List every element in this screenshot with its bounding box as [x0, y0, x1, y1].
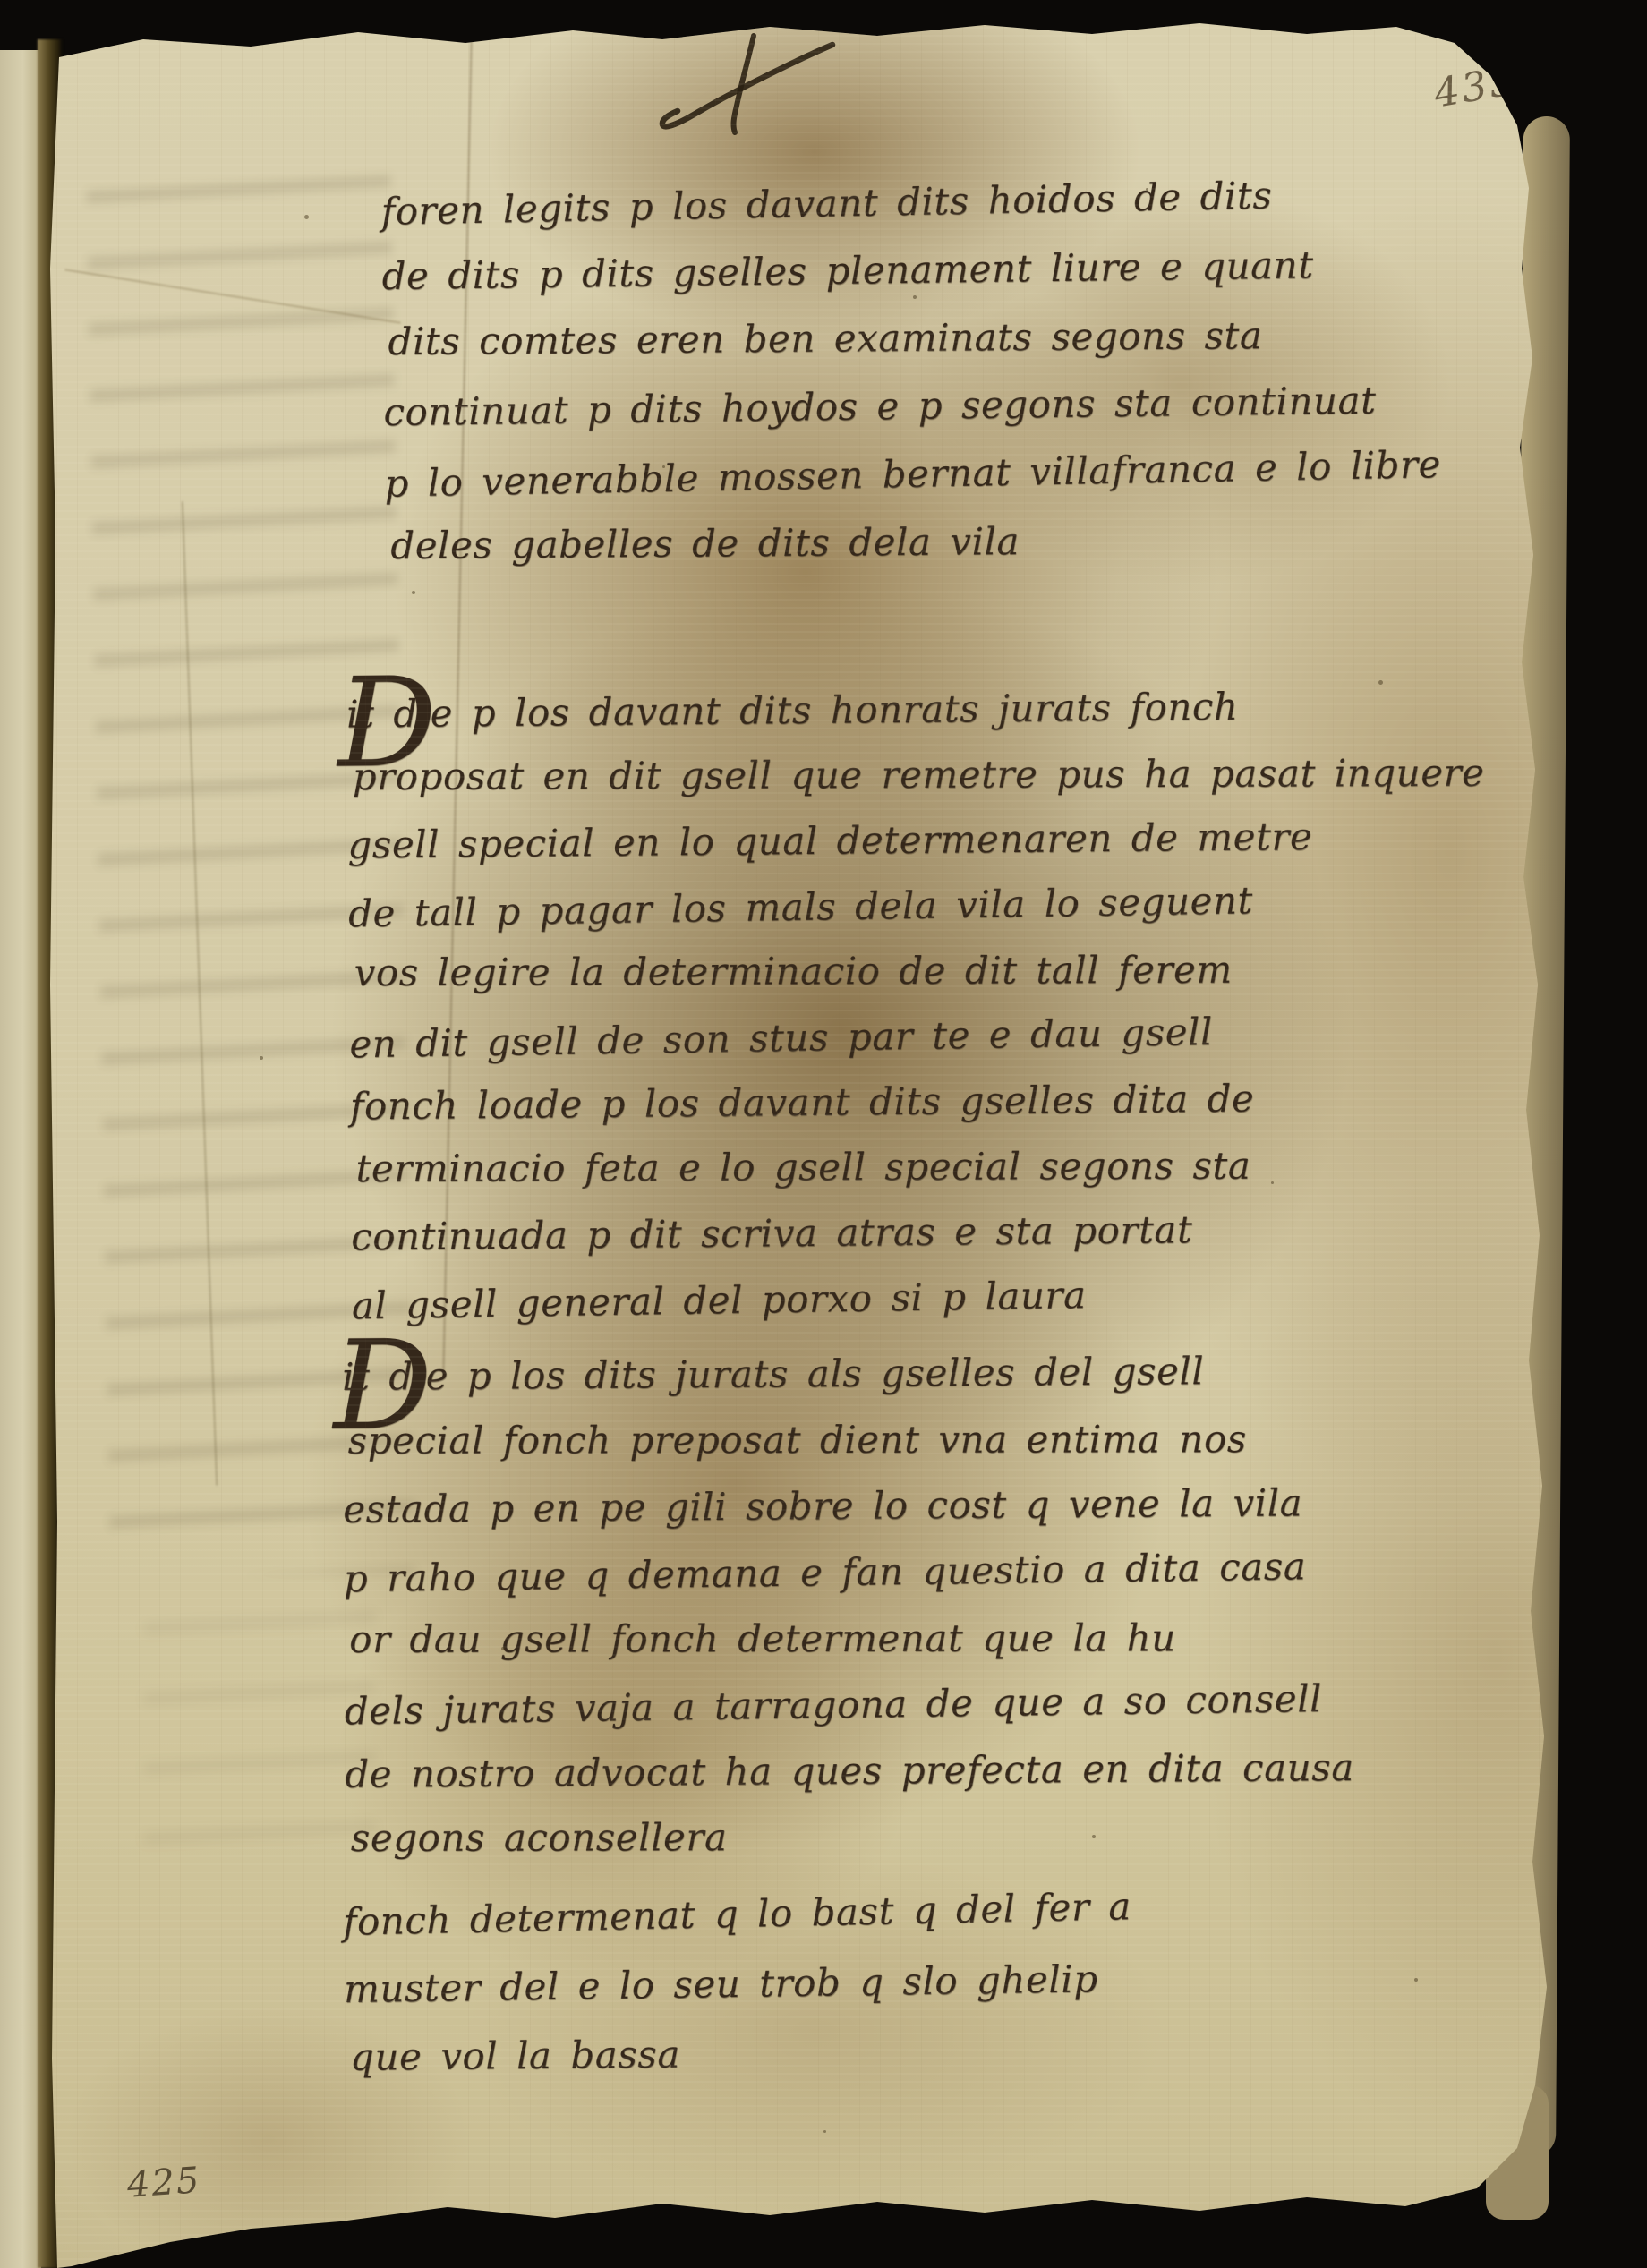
paper-speck	[913, 295, 917, 299]
paper-speck	[823, 2130, 826, 2133]
manuscript-scan: 433 foren legits p los davant dits hoido…	[0, 0, 1647, 2268]
facing-page-edge	[0, 50, 41, 2268]
manuscript-line: p raho que q demana e fan questio a dita…	[343, 1533, 1353, 1613]
manuscript-line: proposat en dit gsell que remetre pus ha…	[353, 740, 1485, 809]
paper-speck	[1378, 680, 1383, 685]
manuscript-page: 433 foren legits p los davant dits hoido…	[36, 0, 1629, 2268]
manuscript-line: dels jurats vaja a tarragona de que a so…	[344, 1666, 1353, 1745]
manuscript-line: fonch determenat q lo bast q del fer a	[342, 1872, 1131, 1957]
bleed-through-text	[143, 1593, 376, 1862]
paper-speck	[1092, 1835, 1096, 1838]
paper-speck	[260, 1056, 263, 1060]
manuscript-line: terminacio feta e lo gsell special segon…	[355, 1132, 1488, 1201]
paper-speck	[1271, 1181, 1274, 1184]
folio-number-bottom: 425	[125, 2160, 201, 2206]
manuscript-line: special fonch preposat dient vna entima …	[348, 1406, 1358, 1474]
paper-speck	[1414, 1978, 1418, 1982]
manuscript-line: al gsell general del porxo si p laura	[351, 1257, 1484, 1339]
manuscript-line: deles gabelles de dits dela vila	[390, 505, 1447, 580]
folio-number-top: 433	[1430, 57, 1520, 116]
paper-speck	[412, 591, 415, 594]
manuscript-line: segons aconsellera	[351, 1803, 1361, 1872]
manuscript-line: estada p en pe gili sobre lo cost q vene…	[343, 1470, 1353, 1543]
manuscript-line: vos legire la determinacio de dit tall f…	[354, 936, 1487, 1005]
paper-speck	[501, 1647, 505, 1650]
paper-speck	[662, 465, 665, 468]
paragraph-2: D it die p los davant dits honrats jurat…	[346, 671, 1484, 1334]
manuscript-line: or dau gsell fonch determenat que la hu	[349, 1605, 1359, 1673]
manuscript-line: de tall p pagar los mals dela vila lo se…	[348, 865, 1481, 947]
ink-cross-mark	[653, 32, 845, 141]
manuscript-line: dits comtes eren ben examinats segons st…	[388, 301, 1445, 376]
manuscript-line: de nostro advocat ha ques prefecta en di…	[345, 1735, 1354, 1808]
manuscript-line: it die p los dits jurats als gselles del…	[342, 1337, 1352, 1411]
manuscript-line: que vol la bassa	[350, 2016, 1139, 2093]
paper-speck	[304, 215, 309, 219]
manuscript-line: it die p los davant dits honrats jurats …	[346, 671, 1479, 746]
paragraph-4: fonch determenat q lo bast q del fer amu…	[342, 1874, 1133, 2094]
paper-speck	[1146, 188, 1148, 191]
manuscript-line: muster del e lo seu trob q slo ghelip	[343, 1944, 1132, 2025]
paragraph-3: D it die p los dits jurats als gselles d…	[342, 1337, 1355, 1874]
paragraph-1: foren legits p los davant dits hoidos de…	[380, 162, 1442, 583]
manuscript-line: fonch loade p los davant dits gselles di…	[350, 1063, 1482, 1138]
